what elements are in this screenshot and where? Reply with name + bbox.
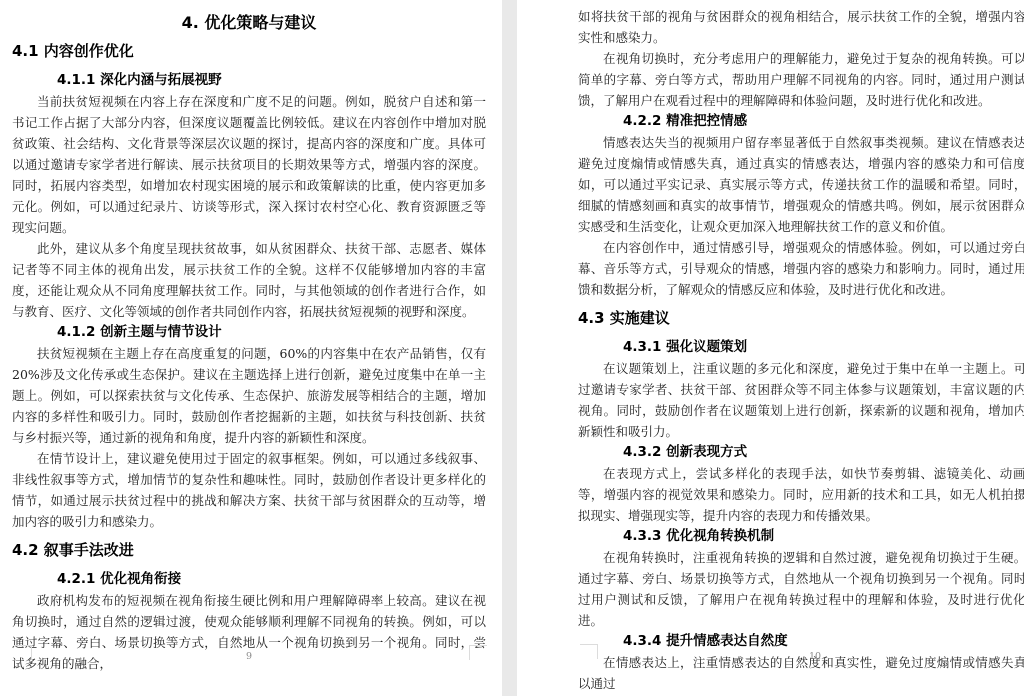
subsection-heading[interactable]: 4.1.2 创新主题与情节设计 bbox=[12, 322, 486, 343]
body-paragraph[interactable]: 在表现方式上，尝试多样化的表现手法，如快节奏剪辑、滤镜美化、动画效果等，增强内容… bbox=[578, 463, 1024, 526]
subsection-heading[interactable]: 4.3.4 提升情感表达自然度 bbox=[578, 631, 1024, 652]
body-paragraph[interactable]: 此外，建议从多个角度呈现扶贫故事，如从贫困群众、扶贫干部、志愿者、媒体记者等不同… bbox=[12, 238, 486, 322]
subsection-heading[interactable]: 4.3.3 优化视角转换机制 bbox=[578, 526, 1024, 547]
body-paragraph[interactable]: 在内容创作中，通过情感引导，增强观众的情感体验。例如，可以通过旁白、字幕、音乐等… bbox=[578, 237, 1024, 300]
section-heading[interactable]: 4.2 叙事手法改进 bbox=[12, 540, 486, 561]
page-number: 10 bbox=[578, 651, 1024, 663]
body-paragraph[interactable]: 扶贫短视频在主题上存在高度重复的问题，60%的内容集中在农产品销售，仅有 20%… bbox=[12, 343, 486, 448]
page-9-content[interactable]: 4. 优化策略与建议4.1 内容创作优化4.1.1 深化内涵与拓展视野当前扶贫短… bbox=[0, 0, 486, 674]
body-paragraph[interactable]: 在情节设计上，建议避免使用过于固定的叙事框架。例如，可以通过多线叙事、非线性叙事… bbox=[12, 448, 486, 532]
body-paragraph[interactable]: 当前扶贫短视频在内容上存在深度和广度不足的问题。例如，脱贫户自述和第一书记工作占… bbox=[12, 91, 486, 238]
subsection-heading[interactable]: 4.2.1 优化视角衔接 bbox=[12, 569, 486, 590]
section-heading[interactable]: 4.3 实施建议 bbox=[578, 308, 1024, 329]
page-10-content[interactable]: 如将扶贫干部的视角与贫困群众的视角相结合，展示扶贫工作的全貌，增强内容的真实性和… bbox=[517, 0, 1024, 694]
body-paragraph[interactable]: 情感表达失当的视频用户留存率显著低于自然叙事类视频。建议在情感表达上，避免过度煽… bbox=[578, 132, 1024, 237]
subsection-heading[interactable]: 4.3.2 创新表现方式 bbox=[578, 442, 1024, 463]
subsection-heading[interactable]: 4.1.1 深化内涵与拓展视野 bbox=[12, 70, 486, 91]
page-number: 9 bbox=[12, 651, 486, 663]
chapter-title[interactable]: 4. 优化策略与建议 bbox=[12, 12, 486, 33]
subsection-heading[interactable]: 4.3.1 强化议题策划 bbox=[578, 337, 1024, 358]
body-paragraph[interactable]: 在视角切换时，充分考虑用户的理解能力，避免过于复杂的视角转换。可以通过简单的字幕… bbox=[578, 48, 1024, 111]
document-canvas: 4. 优化策略与建议4.1 内容创作优化4.1.1 深化内涵与拓展视野当前扶贫短… bbox=[0, 0, 1024, 696]
body-paragraph[interactable]: 在议题策划上，注重议题的多元化和深度，避免过于集中在单一主题上。可以通过邀请专家… bbox=[578, 358, 1024, 442]
page-10[interactable]: 如将扶贫干部的视角与贫困群众的视角相结合，展示扶贫工作的全貌，增强内容的真实性和… bbox=[517, 0, 1024, 696]
body-paragraph[interactable]: 在视角转换时，注重视角转换的逻辑和自然过渡，避免视角切换过于生硬。可以通过字幕、… bbox=[578, 547, 1024, 631]
subsection-heading[interactable]: 4.2.2 精准把控情感 bbox=[578, 111, 1024, 132]
page-9[interactable]: 4. 优化策略与建议4.1 内容创作优化4.1.1 深化内涵与拓展视野当前扶贫短… bbox=[0, 0, 502, 696]
section-heading[interactable]: 4.1 内容创作优化 bbox=[12, 41, 486, 62]
body-paragraph[interactable]: 如将扶贫干部的视角与贫困群众的视角相结合，展示扶贫工作的全貌，增强内容的真实性和… bbox=[578, 6, 1024, 48]
